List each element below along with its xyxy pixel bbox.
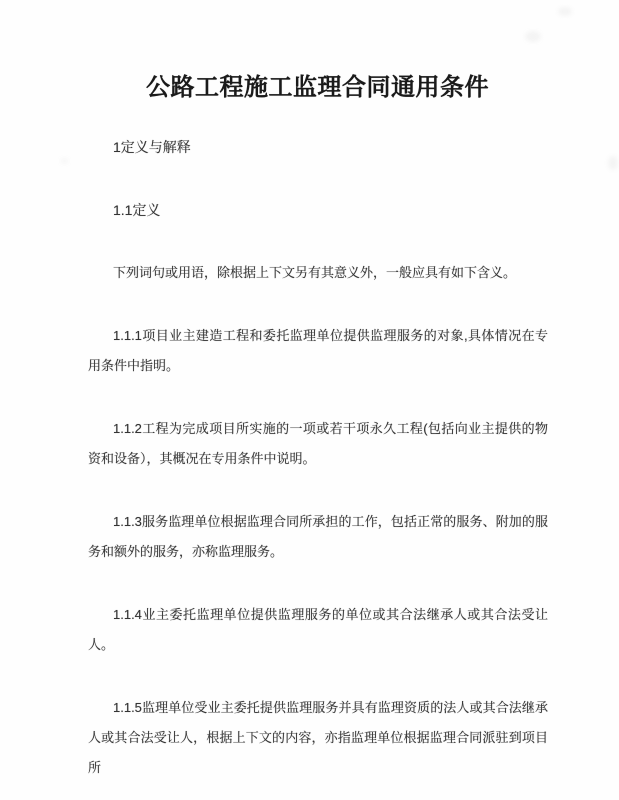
paragraph-1-1-5: 1.1.5监理单位受业主委托提供监理服务并具有监理资质的法人或其合法继承人或其合… [88,693,548,783]
document-page: 公路工程施工监理合同通用条件 1定义与解释 1.1定义 下列词句或用语，除根据上… [0,0,619,800]
paragraph-intro: 下列词句或用语，除根据上下文另有其意义外，一般应具有如下含义。 [88,258,548,288]
scan-smudge [60,158,69,164]
paragraph-1-1-3: 1.1.3服务监理单位根据监理合同所承担的工作，包括正常的服务、附加的服务和额外… [88,507,548,567]
document-body: 1定义与解释 1.1定义 下列词句或用语，除根据上下文另有其意义外，一般应具有如… [88,132,548,783]
subsection-heading-definitions: 1.1定义 [88,195,548,225]
section-heading-definitions-and-interpretation: 1定义与解释 [88,132,548,162]
paragraph-1-1-2: 1.1.2工程为完成项目所实施的一项或若干项永久工程(包括向业主提供的物资和设备… [88,414,548,474]
paragraph-1-1-1: 1.1.1项目业主建造工程和委托监理单位提供监理服务的对象,具体情况在专用条件中… [88,321,548,381]
paragraph-1-1-4: 1.1.4业主委托监理单位提供监理服务的单位或其合法继承人或其合法受让人。 [88,600,548,660]
scan-smudge [608,156,618,170]
document-title: 公路工程施工监理合同通用条件 [8,0,619,105]
